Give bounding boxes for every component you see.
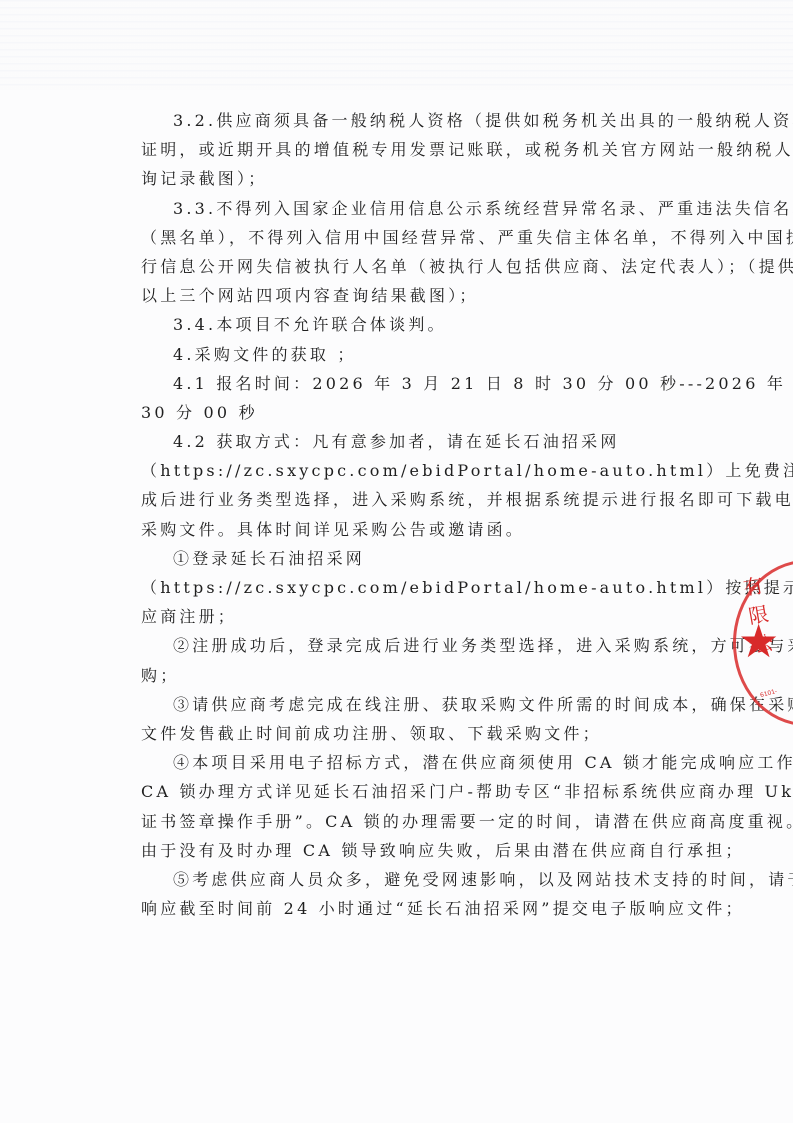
- text-line: ②注册成功后，登录完成后进行业务类型选择，进入采购系统，方可参与采: [141, 631, 673, 660]
- text-line: ④本项目采用电子招标方式，潜在供应商须使用 CA 锁才能完成响应工作，: [141, 748, 673, 777]
- text-line: 采购文件。具体时间详见采购公告或邀请函。: [141, 515, 673, 544]
- text-line: 3.4.本项目不允许联合体谈判。: [141, 310, 673, 339]
- text-line: 由于没有及时办理 CA 锁导致响应失败，后果由潜在供应商自行承担；: [141, 836, 673, 865]
- text-line: ⑤考虑供应商人员众多，避免受网速影响，以及网站技术支持的时间，请于: [141, 865, 673, 894]
- url-line: （https://zc.sxycpc.com/ebidPortal/home-a…: [141, 456, 673, 485]
- text-line: 证明，或近期开具的增值税专用发票记账联，或税务机关官方网站一般纳税人查: [141, 135, 673, 164]
- text-line: 4.1 报名时间：2026 年 3 月 21 日 8 时 30 分 00 秒--…: [141, 369, 673, 398]
- text-line: 响应截至时间前 24 小时通过“延长石油招采网”提交电子版响应文件；: [141, 894, 673, 923]
- text-line: 3.2.供应商须具备一般纳税人资格（提供如税务机关出具的一般纳税人资格: [141, 106, 673, 135]
- text-line: 应商注册；: [141, 602, 673, 631]
- text-line: 成后进行业务类型选择，进入采购系统，并根据系统提示进行报名即可下载电子: [141, 485, 673, 514]
- text-line: ①登录延长石油招采网: [141, 544, 673, 573]
- text-line: 行信息公开网失信被执行人名单（被执行人包括供应商、法定代表人）；（提供: [141, 252, 673, 281]
- seal-star-icon: ★: [738, 618, 779, 664]
- text-line: 证书签章操作手册”。CA 锁的办理需要一定的时间，请潜在供应商高度重视。: [141, 807, 673, 836]
- text-line: 以上三个网站四项内容查询结果截图）；: [141, 281, 673, 310]
- text-line: 4.2 获取方式：凡有意参加者，请在延长石油招采网: [141, 427, 673, 456]
- text-line: 购；: [141, 661, 673, 690]
- scan-artifact: [0, 0, 793, 90]
- url-line: （https://zc.sxycpc.com/ebidPortal/home-a…: [141, 573, 673, 602]
- text-line: CA 锁办理方式详见延长石油招采门户-帮助专区“非招标系统供应商办理 Ukey: [141, 777, 673, 806]
- text-line: 3.3.不得列入国家企业信用信息公示系统经营异常名录、严重违法失信名单: [141, 194, 673, 223]
- text-line: 30 分 00 秒: [141, 398, 673, 427]
- text-line: 文件发售截止时间前成功注册、领取、下载采购文件；: [141, 719, 673, 748]
- text-line: 4.采购文件的获取 ；: [141, 340, 673, 369]
- document-body: 3.2.供应商须具备一般纳税人资格（提供如税务机关出具的一般纳税人资格 证明，或…: [141, 106, 673, 923]
- text-line: 询记录截图）；: [141, 164, 673, 193]
- text-line: （黑名单），不得列入信用中国经营异常、严重失信主体名单，不得列入中国执: [141, 223, 673, 252]
- text-line: ③请供应商考虑完成在线注册、获取采购文件所需的时间成本，确保在采购: [141, 690, 673, 719]
